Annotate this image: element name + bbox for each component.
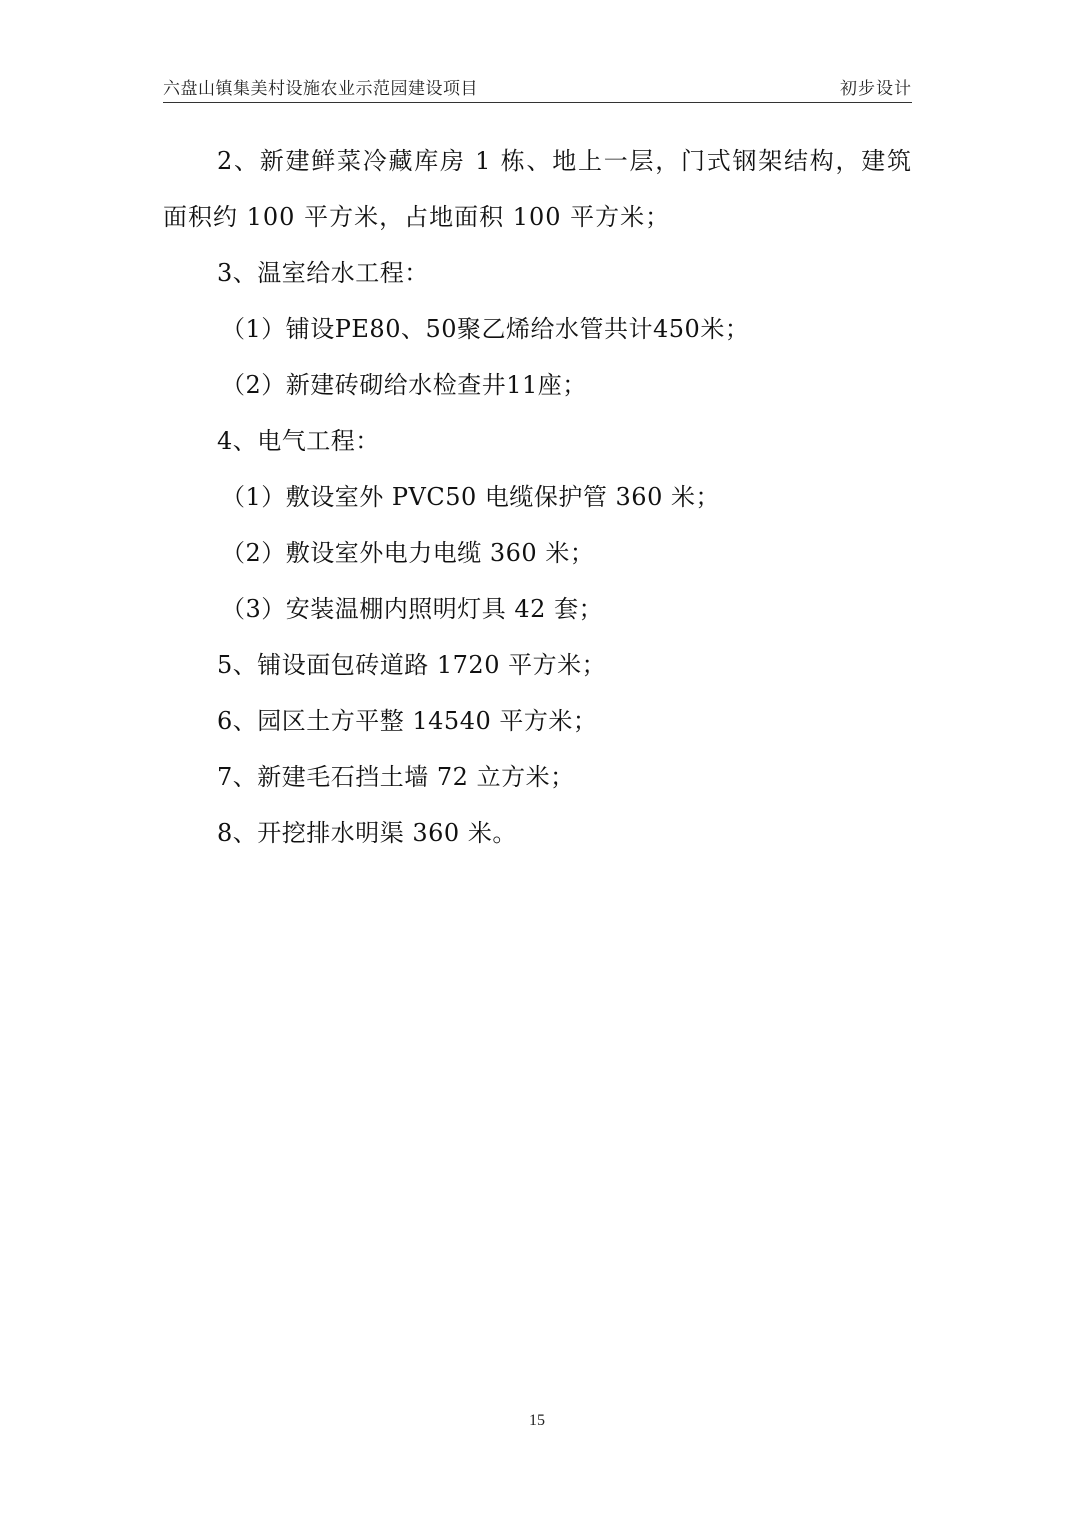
paragraph-item-3: 3、温室给水工程： <box>163 245 912 301</box>
paragraph-subitem-3-2: （2）新建砖砌给水检查井11座； <box>163 357 912 413</box>
paragraph-subitem-4-2: （2）敷设室外电力电缆 360 米； <box>163 525 912 581</box>
paragraph-item-6: 6、园区土方平整 14540 平方米； <box>163 693 912 749</box>
page-number: 15 <box>0 1412 1074 1430</box>
paragraph-subitem-4-1: （1）敷设室外 PVC50 电缆保护管 360 米； <box>163 469 912 525</box>
paragraph-subitem-3-1: （1）铺设PE80、50聚乙烯给水管共计450米； <box>163 301 912 357</box>
document-title: 六盘山镇集美村设施农业示范园建设项目 <box>163 78 478 100</box>
section-label: 初步设计 <box>840 78 912 100</box>
page-header: 六盘山镇集美村设施农业示范园建设项目 初步设计 <box>163 78 912 103</box>
paragraph-item-7: 7、新建毛石挡土墙 72 立方米； <box>163 749 912 805</box>
body-text: 2、新建鲜菜冷藏库房 1 栋、地上一层，门式钢架结构，建筑面积约 100 平方米… <box>163 133 912 861</box>
paragraph-subitem-4-3: （3）安装温棚内照明灯具 42 套； <box>163 581 912 637</box>
paragraph-item-2: 2、新建鲜菜冷藏库房 1 栋、地上一层，门式钢架结构，建筑面积约 100 平方米… <box>163 133 912 245</box>
paragraph-item-4: 4、电气工程： <box>163 413 912 469</box>
paragraph-item-8: 8、开挖排水明渠 360 米。 <box>163 805 912 861</box>
paragraph-item-5: 5、铺设面包砖道路 1720 平方米； <box>163 637 912 693</box>
